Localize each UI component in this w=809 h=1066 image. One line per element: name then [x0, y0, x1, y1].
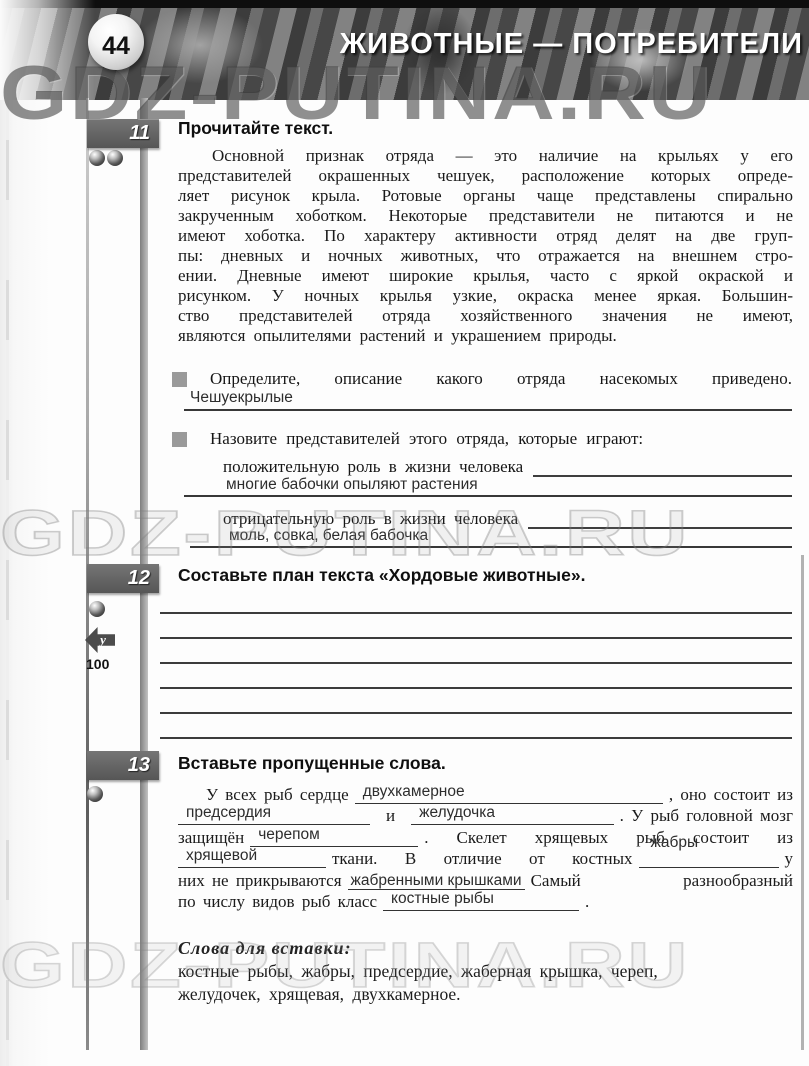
negative-role-label: отрицательную роль в жизни человека	[223, 509, 518, 529]
textbook-arrow-icon: у	[85, 627, 115, 653]
positive-role-row: положительную роль в жизни человека	[223, 455, 792, 477]
task-number: 13	[128, 754, 150, 777]
blank-answer: жабры	[651, 834, 699, 852]
text-line: имеют хоботка. По характеру активности о…	[178, 226, 793, 246]
answer-line[interactable]	[160, 612, 792, 614]
insert-words-line: костные рыбы, жабры, предсердие, жаберна…	[178, 961, 793, 982]
fill-text: У всех рыб сердце	[178, 785, 349, 804]
page-number-ball-icon: 44	[88, 14, 144, 70]
scan-edge-right	[801, 555, 804, 1050]
page-number: 44	[102, 32, 130, 61]
textbook-page-ref: 100	[86, 656, 109, 672]
fill-line: по числу видов рыб класс костные рыбы .	[178, 890, 793, 912]
task13-instruction: Вставьте пропущенные слова.	[178, 753, 446, 774]
fill-text: по числу видов рыб класс	[178, 892, 377, 911]
task12-instruction: Составьте план текста «Хордовые животные…	[178, 565, 585, 586]
text-line: Основной признак отряда — это наличие на…	[178, 146, 793, 166]
fill-line: защищён черепом . Скелет хрящевых рыб со…	[178, 825, 793, 847]
blank-answer: двухкамерное	[363, 783, 465, 801]
fill-text: . У рыб головной мозг	[620, 806, 793, 825]
workbook-page: ЖИВОТНЫЕ — ПОТРЕБИТЕЛИ 44 GDZ-PUTINA.RU …	[0, 0, 809, 1066]
answer-line[interactable]	[160, 687, 792, 689]
text-line: являются опылителями растений и украшени…	[178, 326, 793, 346]
difficulty-ball-icon	[89, 150, 105, 166]
task11-q1-prompt: Определите, описание какого отряда насек…	[210, 369, 792, 389]
task11-text: Основной признак отряда — это наличие на…	[178, 146, 793, 346]
task-badge-12: 12	[87, 564, 159, 593]
blank-answer: желудочка	[419, 804, 495, 822]
answer-blank[interactable]: хрящевой	[178, 849, 326, 868]
q1-answer: Чешуекрылые	[190, 389, 293, 407]
fill-text: Самый разнообразный	[531, 871, 793, 890]
text-line: представителей окрашенных чешуек, распол…	[178, 166, 793, 186]
fill-line: У всех рыб сердце двухкамерное , оно сос…	[178, 782, 793, 804]
answer-line[interactable]	[190, 546, 792, 548]
fill-text: у	[785, 849, 794, 868]
fill-text: ткани. В отличие от костных	[332, 849, 633, 868]
task-badge-13: 13	[87, 751, 159, 780]
text-line: закрученным хоботком. Некоторые представ…	[178, 206, 793, 226]
fill-line: хрящевой ткани. В отличие от костных жаб…	[178, 847, 793, 869]
blank-answer: черепом	[258, 826, 320, 844]
negative-role-row: отрицательную роль в жизни человека	[223, 507, 792, 529]
answer-blank[interactable]: желудочка	[411, 806, 614, 825]
answer-line[interactable]	[160, 737, 792, 739]
difficulty-ball-icon	[87, 786, 103, 802]
page-title: ЖИВОТНЫЕ — ПОТРЕБИТЕЛИ	[340, 28, 803, 61]
text-line: рисунком. У ночных крылья узкие, окраска…	[178, 286, 793, 306]
fill-text: , оно состоит из	[669, 785, 793, 804]
fill-line: предсердия и желудочка . У рыб головной …	[178, 804, 793, 826]
task-number: 12	[128, 567, 150, 590]
task-number: 11	[129, 122, 150, 145]
answer-blank[interactable]: костные рыбы	[383, 892, 579, 911]
text-line: ении. Дневные имеют широкие крылья, част…	[178, 266, 793, 286]
positive-role-label: положительную роль в жизни человека	[223, 457, 523, 477]
bullet-square-icon	[172, 372, 187, 387]
blank-answer: жабренными крышками	[351, 872, 522, 889]
text-line: ство представителей отряда хозяйственног…	[178, 306, 793, 326]
answer-blank[interactable]: жабры	[639, 849, 779, 868]
fill-text: них не прикрываются	[178, 871, 342, 890]
blank-answer: хрящевой	[186, 847, 257, 865]
answer-line[interactable]	[184, 409, 792, 411]
answer-line[interactable]	[160, 712, 792, 714]
negative-role-answer: моль, совка, белая бабочка	[229, 527, 428, 545]
answer-blank[interactable]: двухкамерное	[355, 785, 663, 804]
text-line: пы: дневных и ночных животных, что отраж…	[178, 246, 793, 266]
task13-fill-text: У всех рыб сердце двухкамерное , оно сос…	[178, 782, 793, 911]
answer-line[interactable]	[160, 637, 792, 639]
insert-words-line: желудочек, хрящевая, двухкамерное.	[178, 984, 793, 1005]
fill-text: .	[585, 892, 589, 911]
answer-blank[interactable]: жабренными крышками	[348, 871, 525, 890]
task11-q2-prompt: Назовите представителей этого отряда, ко…	[210, 429, 792, 449]
bullet-square-icon	[172, 432, 187, 447]
answer-line[interactable]	[184, 495, 792, 497]
text-line: ляет рисунок крыла. Ротовые органы чаще …	[178, 186, 793, 206]
fill-line: них не прикрываются жабренными крышками …	[178, 868, 793, 890]
fill-text: и	[386, 806, 395, 825]
task11-instruction: Прочитайте текст.	[178, 118, 333, 139]
answer-line[interactable]	[533, 455, 792, 477]
blank-answer: костные рыбы	[391, 890, 494, 908]
difficulty-ball-icon	[107, 150, 123, 166]
task-badge-11: 11	[87, 119, 159, 148]
answer-blank[interactable]: предсердия	[178, 806, 370, 825]
answer-line[interactable]	[160, 662, 792, 664]
scan-edge-left	[0, 0, 86, 1066]
fill-text: защищён	[178, 828, 244, 847]
insert-words-title: Слова для вставки:	[178, 938, 352, 959]
difficulty-ball-icon	[89, 601, 105, 617]
answer-line[interactable]	[528, 507, 792, 529]
fill-text: . Скелет хрящевых рыб состоит из	[424, 828, 793, 847]
answer-blank[interactable]: черепом	[250, 828, 418, 847]
blank-answer: предсердия	[186, 804, 271, 822]
positive-role-answer: многие бабочки опыляют растения	[226, 476, 478, 494]
